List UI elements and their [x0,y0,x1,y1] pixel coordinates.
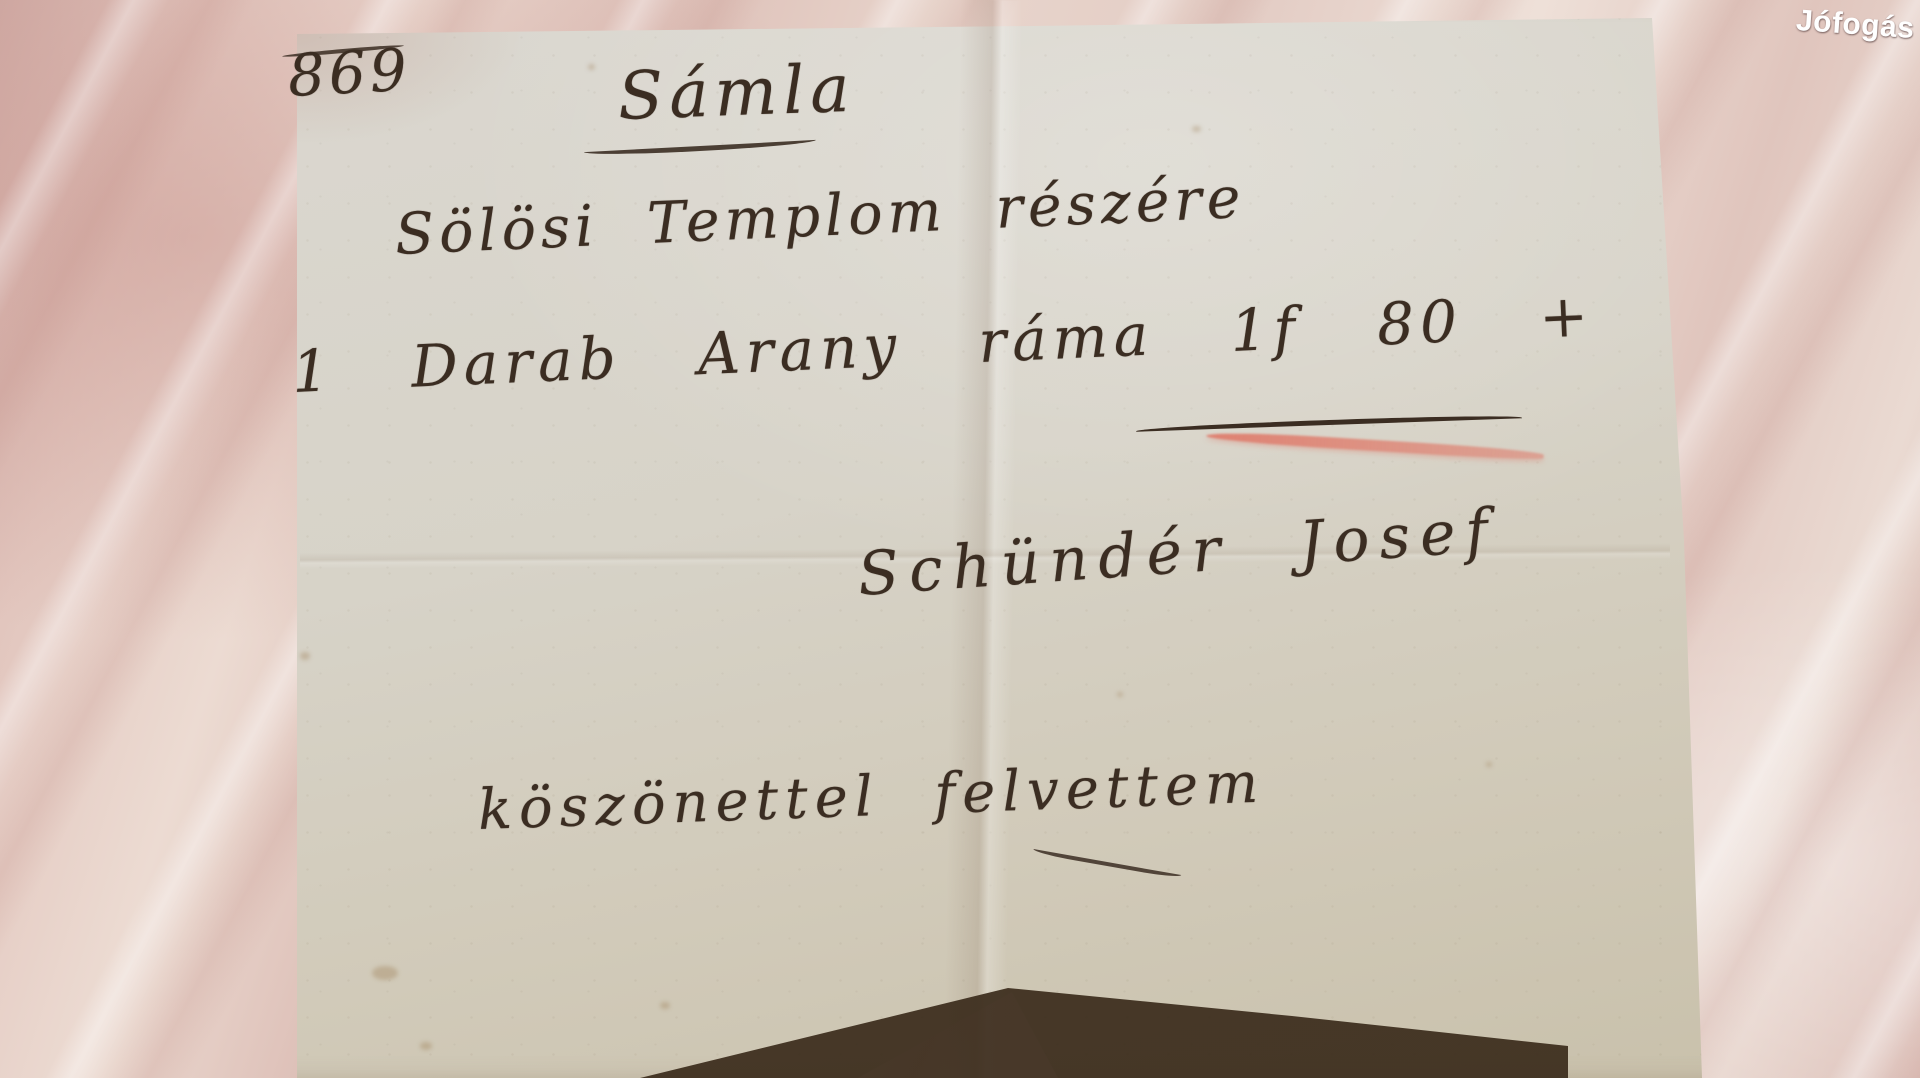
age-spot [1117,692,1123,697]
age-spot [660,1002,670,1009]
age-spot [1486,762,1492,767]
age-spot [372,966,398,980]
age-spot [300,652,310,660]
photo: 869 Sámla Sölösi Templom részére 1 Darab… [0,0,1920,1078]
age-spot [588,64,595,70]
reference-number: 869 [286,36,412,110]
age-spot [1192,126,1201,132]
age-spot [420,1042,432,1050]
document-title: Sámla [617,50,857,135]
